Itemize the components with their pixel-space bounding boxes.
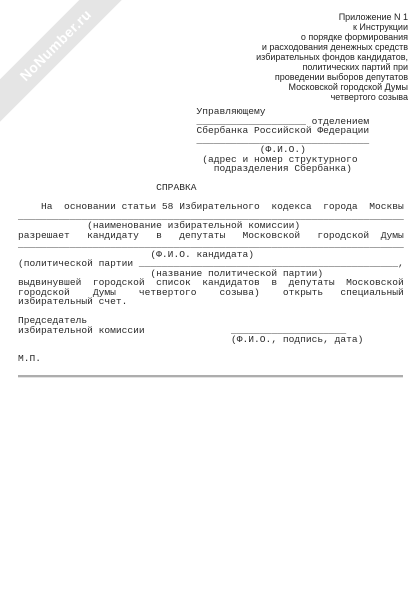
appendix-header: Приложение N 1 к Инструкции о порядке фо… xyxy=(256,12,408,102)
document-body-text: Управляющему ___________________ отделен… xyxy=(18,107,404,364)
watermark-text: NoNumber.ru xyxy=(17,6,95,84)
bottom-divider xyxy=(18,375,403,378)
document-page: NoNumber.ru Приложение N 1 к Инструкции … xyxy=(0,0,420,600)
